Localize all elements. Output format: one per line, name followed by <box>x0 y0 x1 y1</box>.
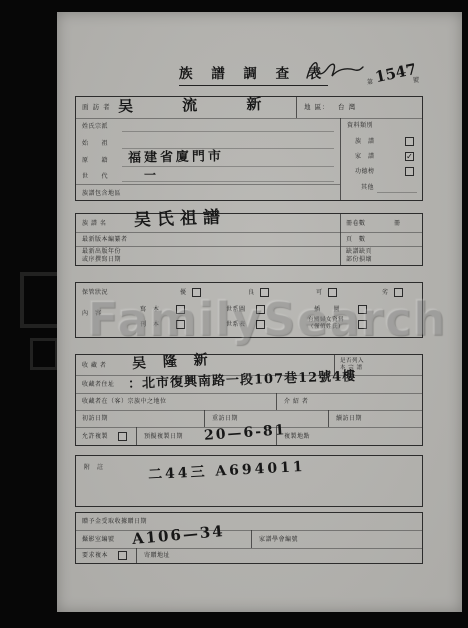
revisit-label: 重訪日期 <box>212 415 238 423</box>
material-option-family-register: 家 譜 <box>355 153 375 161</box>
checkbox-merit-board <box>405 167 414 176</box>
followup-visit-label: 續訪日期 <box>336 415 362 423</box>
content-option-pedigree-table: 世系表 <box>226 321 246 329</box>
section-notes: 附 註 二44三 A694011 <box>75 455 423 507</box>
doc-number-prefix: 第 <box>367 80 374 87</box>
missing-label-line1: 缺譜缺頁 <box>346 248 372 256</box>
checkbox-pedigree-table <box>256 320 265 329</box>
copy-request-label: 要求複本 <box>82 552 108 560</box>
genealogy-name-label: 族 譜 名 <box>82 220 106 228</box>
checkbox-manuscript <box>176 305 185 314</box>
checkbox-clan-genealogy <box>405 137 414 146</box>
checkbox-permit-copy <box>118 432 127 441</box>
content-option-printed: 刊 本 <box>140 321 160 329</box>
checkbox-poor <box>394 288 403 297</box>
field-value-generations: 一 <box>144 169 156 181</box>
section-genealogy-book: 族 譜 名 吴氏祖譜 冊卷數 冊 最新版本編纂者 頁 數 最新出版年份 或序撰寫… <box>75 213 423 266</box>
condition-option-fair: 可 <box>316 289 323 297</box>
microfilm-scan-viewport: { "watermark": { "text": "FamilySearch" … <box>0 0 468 628</box>
checkbox-copy-request <box>118 551 127 560</box>
film-number-label: 攝影室編號 <box>82 536 115 544</box>
holder-address-label: 收藏者住址 <box>82 381 115 389</box>
checkbox-excellent <box>192 288 201 297</box>
volumes-unit: 冊 <box>394 220 401 228</box>
checkbox-illustrations <box>358 305 367 314</box>
section-condition: 保管狀況 優 良 可 劣 內 容 寫 本 世系圖 插 圖 刊 本 世系表 有關婦… <box>75 282 423 338</box>
notes-label: 附 註 <box>84 464 104 472</box>
content-option-manuscript: 寫 本 <box>140 306 160 314</box>
condition-option-poor: 劣 <box>382 289 389 297</box>
section-admin: 贈予金受取收據贈日期 攝影室編號 A106—34 家譜學會編號 要求複本 寄贈地… <box>75 512 423 564</box>
field-label-surname-branch: 姓氏宗派 <box>82 123 108 131</box>
society-number-label: 家譜學會編號 <box>259 536 298 544</box>
material-option-merit-board: 功德榜 <box>355 168 375 176</box>
field-label-generations: 世 代 <box>82 173 108 181</box>
copy-place-label: 複製地點 <box>284 433 310 441</box>
interviewer-value: 吴 流 新 <box>118 97 284 115</box>
holder-label: 收 藏 者 <box>82 362 106 370</box>
missing-label-line2: 部份損壞 <box>346 256 372 264</box>
planned-copy-date-label: 預擬複製日期 <box>144 433 183 441</box>
region-label: 地 區： <box>304 104 330 111</box>
signature-scribble <box>303 54 365 86</box>
volumes-label: 冊卷數 <box>346 220 366 228</box>
introducer-label: 介 紹 者 <box>284 398 308 406</box>
field-label-covered-area: 族譜包含地區 <box>82 190 121 198</box>
content-label: 內 容 <box>82 310 102 318</box>
permit-copy-label: 允許複製 <box>82 433 108 441</box>
watermark-glyph <box>20 272 62 328</box>
field-label-first-ancestor: 始 祖 <box>82 140 108 148</box>
first-visit-label: 初訪日期 <box>82 415 108 423</box>
content-option-women-records: 有關婦女資料 <box>308 317 344 324</box>
holder-position-label: 收藏者在（客）宗族中之地位 <box>82 398 167 406</box>
checkbox-fair <box>328 288 337 297</box>
notes-value: 二44三 A694011 <box>148 460 306 482</box>
condition-option-good: 良 <box>248 289 255 297</box>
checkbox-women-records <box>358 320 367 329</box>
material-type-title: 資料類別 <box>347 122 373 130</box>
checkbox-pedigree-chart <box>256 305 265 314</box>
condition-option-excellent: 優 <box>180 289 187 297</box>
scanned-form-page: 族 譜 調 查 表 第 1547 號 面 訪 者 吴 流 新 地 區： 台 灣 … <box>57 12 462 612</box>
checkbox-printed <box>176 320 185 329</box>
pubyear-label-line1: 最新出版年份 <box>82 248 121 256</box>
genealogy-name-value: 吴氏祖譜 <box>134 209 227 229</box>
content-option-women-records-sub: （僅值姓氏） <box>308 324 344 331</box>
donation-receipt-date-label: 贈予金受取收據贈日期 <box>82 518 147 526</box>
doc-number-suffix: 號 <box>413 78 420 85</box>
field-label-origin: 原 籍 <box>82 157 108 165</box>
section-holder: 收 藏 者 吴 隆 新 是否列入 本 宗 譜 收藏者住址 ：北市復興南路一段10… <box>75 354 423 446</box>
doc-number: 1547 <box>374 62 418 85</box>
region-value: 台 灣 <box>338 104 356 111</box>
watermark-glyph <box>30 338 58 370</box>
pubyear-label-line2: 或序撰寫日期 <box>82 256 121 264</box>
listed-label-line1: 是否列入 <box>340 358 364 365</box>
holder-value: 吴 隆 新 <box>132 353 214 371</box>
pages-label: 頁 數 <box>346 236 366 244</box>
content-option-pedigree-chart: 世系圖 <box>226 306 246 314</box>
send-address-label: 寄贈地址 <box>144 552 170 560</box>
condition-label: 保管狀況 <box>82 289 108 297</box>
material-option-other-label: 其他 <box>361 184 374 192</box>
interviewer-label: 面 訪 者 <box>82 104 111 111</box>
checkbox-good <box>260 288 269 297</box>
material-option-clan-genealogy: 族 譜 <box>355 138 375 146</box>
field-value-origin: 福建省廈門市 <box>128 150 224 165</box>
editor-label: 最新版本編纂者 <box>82 236 128 244</box>
section-interviewee: 面 訪 者 吴 流 新 地 區： 台 灣 姓氏宗派 始 祖 原 籍 福建省廈門市… <box>75 96 423 201</box>
checkbox-family-register: ✓ <box>405 152 414 161</box>
planned-copy-date-value: 20—6-81 <box>204 423 287 443</box>
content-option-illustrations: 插 圖 <box>314 306 340 314</box>
